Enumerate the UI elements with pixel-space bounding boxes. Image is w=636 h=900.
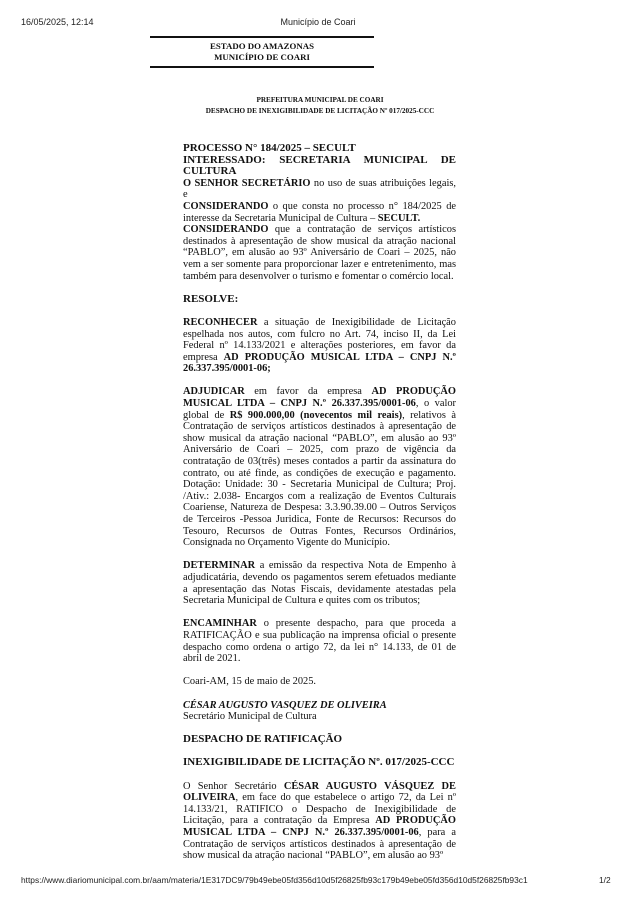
contract-value: R$ 900.000,00 (novecentos mil reais) — [230, 410, 402, 421]
determinar-label: DETERMINAR — [183, 560, 255, 571]
resolve-heading: RESOLVE: — [183, 294, 456, 306]
document-header: PREFEITURA MUNICIPAL DE COARI DESPACHO D… — [150, 95, 490, 117]
source-url: https://www.diariomunicipal.com.br/aam/m… — [21, 875, 528, 885]
signer-role: Secretário Municipal de Cultura — [183, 711, 456, 723]
masthead-municipality: MUNICÍPIO DE COARI — [150, 52, 374, 63]
adjudicar-text: , relativos à Contratação de serviços ar… — [183, 410, 456, 549]
ratificacao-heading: DESPACHO DE RATIFICAÇÃO — [183, 734, 456, 746]
reconhecer-paragraph: RECONHECER a situação de Inexigibilidade… — [183, 317, 456, 375]
secult-label: SECULT. — [378, 213, 420, 224]
encaminhar-label: ENCAMINHAR — [183, 618, 257, 629]
determinar-paragraph: DETERMINAR a emissão da respectiva Nota … — [183, 560, 456, 606]
print-header: 16/05/2025, 12:14 Município de Coari — [0, 14, 636, 28]
place-date: Coari-AM, 15 de maio de 2025. — [183, 676, 456, 688]
page-number: 1/2 — [599, 875, 611, 885]
prefeitura-title: PREFEITURA MUNICIPAL DE COARI — [150, 95, 490, 106]
considerando-label: CONSIDERANDO — [183, 224, 268, 235]
despacho-title: DESPACHO DE INEXIGIBILIDADE DE LICITAÇÃO… — [150, 106, 490, 117]
adjudicar-paragraph: ADJUDICAR em favor da empresa AD PRODUÇÃ… — [183, 386, 456, 548]
ratificacao-paragraph: O Senhor Secretário CÉSAR AUGUSTO VÁSQUE… — [183, 781, 456, 862]
senhor-label: O SENHOR SECRETÁRIO — [183, 178, 311, 189]
considerando-2: CONSIDERANDO que a contratação de serviç… — [183, 224, 456, 282]
reconhecer-label: RECONHECER — [183, 317, 257, 328]
senhor-paragraph: O SENHOR SECRETÁRIO no uso de suas atrib… — [183, 178, 456, 201]
processo-line: PROCESSO N° 184/2025 – SECULT — [183, 143, 456, 155]
considerando-label: CONSIDERANDO — [183, 201, 268, 212]
encaminhar-paragraph: ENCAMINHAR o presente despacho, para que… — [183, 618, 456, 664]
inexigibilidade-heading: INEXIGIBILIDADE DE LICITAÇÃO Nº. 017/202… — [183, 757, 456, 769]
masthead-state: ESTADO DO AMAZONAS — [150, 41, 374, 52]
signer-name: CÉSAR AUGUSTO VASQUEZ DE OLIVEIRA — [183, 700, 456, 712]
masthead: ESTADO DO AMAZONAS MUNICÍPIO DE COARI — [150, 36, 374, 68]
company-cnpj: AD PRODUÇÃO MUSICAL LTDA – CNPJ N.º 26.3… — [183, 352, 456, 375]
adjudicar-label: ADJUDICAR — [183, 386, 245, 397]
interessado-line: INTERESSADO: SECRETARIA MUNICIPAL DE CUL… — [183, 155, 456, 178]
adjudicar-text: em favor da empresa — [245, 386, 372, 397]
considerando-1: CONSIDERANDO o que consta no processo n°… — [183, 201, 456, 224]
masthead-bottom-rule — [150, 66, 374, 68]
document-body: PROCESSO N° 184/2025 – SECULT INTERESSAD… — [183, 143, 456, 862]
print-title: Município de Coari — [0, 17, 636, 27]
ratificacao-text: O Senhor Secretário — [183, 781, 284, 792]
